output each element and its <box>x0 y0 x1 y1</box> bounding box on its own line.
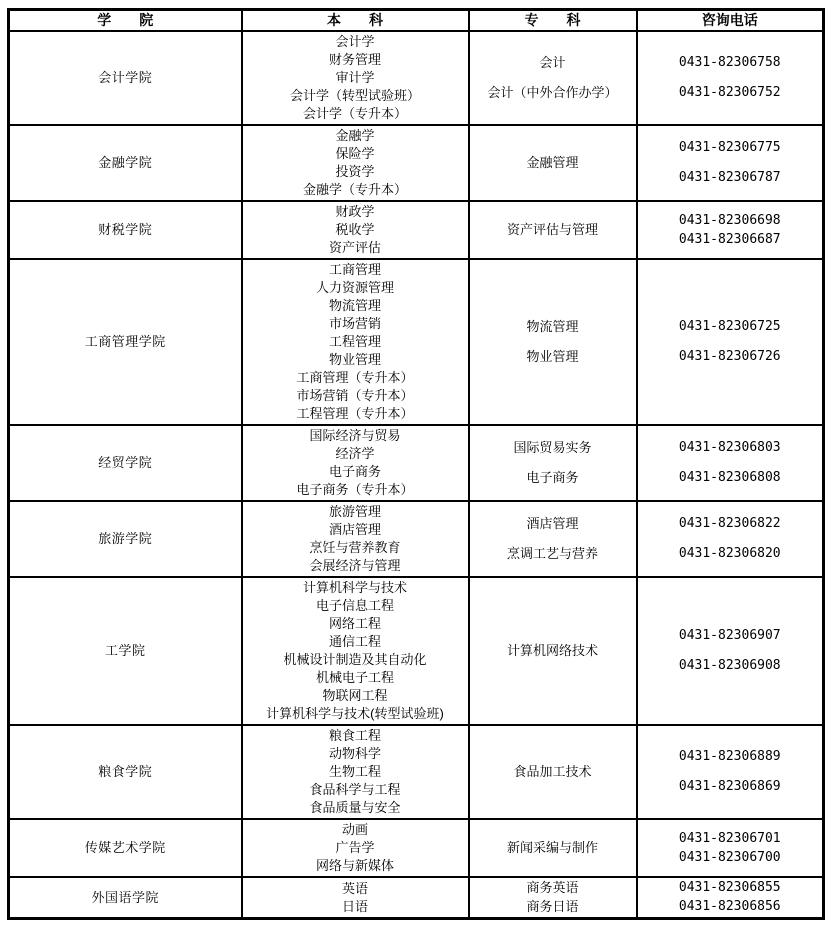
specialty-major: 计算机网络技术 <box>507 642 598 660</box>
phone-number: 0431-82306698 <box>679 212 781 230</box>
undergraduate-major: 机械电子工程 <box>245 669 466 687</box>
table-row: 经贸学院国际经济与贸易经济学电子商务电子商务（专升本）国际贸易实务电子商务043… <box>9 425 824 501</box>
undergraduate-major: 食品质量与安全 <box>245 799 466 817</box>
phone-number: 0431-82306908 <box>679 657 781 675</box>
college-name: 金融学院 <box>12 154 239 172</box>
specialty-major: 物业管理 <box>526 348 578 366</box>
undergraduate-major: 电子商务（专升本） <box>245 481 466 499</box>
undergraduate-cell: 国际经济与贸易经济学电子商务电子商务（专升本） <box>242 425 469 501</box>
undergraduate-major: 烹饪与营养教育 <box>245 539 466 557</box>
undergraduate-major: 通信工程 <box>245 633 466 651</box>
phone-number: 0431-82306758 <box>679 54 781 72</box>
college-cell: 经贸学院 <box>9 425 242 501</box>
phone-number: 0431-82306752 <box>679 84 781 102</box>
undergraduate-major: 市场营销（专升本） <box>245 387 466 405</box>
college-name: 会计学院 <box>12 69 239 87</box>
undergraduate-major: 会计学（转型试验班） <box>245 87 466 105</box>
specialty-cell: 金融管理 <box>469 125 637 201</box>
table-row: 工学院计算机科学与技术电子信息工程网络工程通信工程机械设计制造及其自动化机械电子… <box>9 577 824 725</box>
undergraduate-major: 财政学 <box>245 203 466 221</box>
phone-number: 0431-82306855 <box>679 879 781 897</box>
specialty-major: 烹调工艺与营养 <box>507 545 598 563</box>
undergraduate-major: 电子信息工程 <box>245 597 466 615</box>
specialty-major: 酒店管理 <box>526 515 578 533</box>
college-name: 外国语学院 <box>12 889 239 907</box>
phone-number: 0431-82306822 <box>679 515 781 533</box>
specialty-major: 会计 <box>539 54 565 72</box>
undergraduate-major: 保险学 <box>245 145 466 163</box>
specialty-cell: 会计会计（中外合作办学） <box>469 31 637 125</box>
table-header: 学 院 本 科 专 科 咨询电话 <box>9 10 824 32</box>
undergraduate-major: 物业管理 <box>245 351 466 369</box>
undergraduate-major: 会计学 <box>245 33 466 51</box>
college-cell: 工学院 <box>9 577 242 725</box>
page: 学 院 本 科 专 科 咨询电话 会计学院会计学财务管理审计学会计学（转型试验班… <box>0 0 829 934</box>
phone-number: 0431-82306700 <box>679 849 781 867</box>
table-body: 会计学院会计学财务管理审计学会计学（转型试验班）会计学（专升本）会计会计（中外合… <box>9 31 824 919</box>
phone-number: 0431-82306889 <box>679 748 781 766</box>
phone-number: 0431-82306856 <box>679 898 781 916</box>
phone-cell: 0431-823067750431-82306787 <box>637 125 824 201</box>
column-header-phone: 咨询电话 <box>637 10 824 32</box>
undergraduate-major: 网络与新媒体 <box>245 857 466 875</box>
colleges-table: 学 院 本 科 专 科 咨询电话 会计学院会计学财务管理审计学会计学（转型试验班… <box>7 8 825 920</box>
undergraduate-major: 经济学 <box>245 445 466 463</box>
specialty-major: 资产评估与管理 <box>507 221 598 239</box>
college-name: 经贸学院 <box>12 454 239 472</box>
college-cell: 外国语学院 <box>9 877 242 919</box>
header-row: 学 院 本 科 专 科 咨询电话 <box>9 10 824 32</box>
college-cell: 旅游学院 <box>9 501 242 577</box>
undergraduate-major: 计算机科学与技术 <box>245 579 466 597</box>
undergraduate-cell: 旅游管理酒店管理烹饪与营养教育会展经济与管理 <box>242 501 469 577</box>
college-name: 工学院 <box>12 642 239 660</box>
undergraduate-major: 财务管理 <box>245 51 466 69</box>
undergraduate-cell: 工商管理人力资源管理物流管理市场营销工程管理物业管理工商管理（专升本）市场营销（… <box>242 259 469 425</box>
undergraduate-major: 税收学 <box>245 221 466 239</box>
specialty-cell: 物流管理物业管理 <box>469 259 637 425</box>
college-name: 粮食学院 <box>12 763 239 781</box>
table-row: 外国语学院英语日语商务英语商务日语0431-823068550431-82306… <box>9 877 824 919</box>
college-name: 财税学院 <box>12 221 239 239</box>
table-row: 旅游学院旅游管理酒店管理烹饪与营养教育会展经济与管理酒店管理烹调工艺与营养043… <box>9 501 824 577</box>
specialty-major: 国际贸易实务 <box>513 439 591 457</box>
specialty-major: 新闻采编与制作 <box>507 839 598 857</box>
specialty-cell: 资产评估与管理 <box>469 201 637 259</box>
specialty-major: 会计（中外合作办学） <box>487 84 617 102</box>
specialty-major: 商务英语 <box>526 879 578 897</box>
undergraduate-cell: 财政学税收学资产评估 <box>242 201 469 259</box>
undergraduate-major: 动物科学 <box>245 745 466 763</box>
undergraduate-major: 机械设计制造及其自动化 <box>245 651 466 669</box>
phone-cell: 0431-823067580431-82306752 <box>637 31 824 125</box>
phone-cell: 0431-823068030431-82306808 <box>637 425 824 501</box>
table-row: 财税学院财政学税收学资产评估资产评估与管理0431-823066980431-8… <box>9 201 824 259</box>
phone-number: 0431-82306787 <box>679 169 781 187</box>
undergraduate-major: 资产评估 <box>245 239 466 257</box>
undergraduate-major: 市场营销 <box>245 315 466 333</box>
college-cell: 金融学院 <box>9 125 242 201</box>
phone-cell: 0431-823067010431-82306700 <box>637 819 824 877</box>
undergraduate-major: 国际经济与贸易 <box>245 427 466 445</box>
undergraduate-cell: 动画广告学网络与新媒体 <box>242 819 469 877</box>
phone-number: 0431-82306726 <box>679 348 781 366</box>
column-header-specialty: 专 科 <box>469 10 637 32</box>
undergraduate-major: 工程管理（专升本） <box>245 405 466 423</box>
undergraduate-cell: 计算机科学与技术电子信息工程网络工程通信工程机械设计制造及其自动化机械电子工程物… <box>242 577 469 725</box>
undergraduate-major: 会计学（专升本） <box>245 105 466 123</box>
specialty-cell: 酒店管理烹调工艺与营养 <box>469 501 637 577</box>
undergraduate-major: 电子商务 <box>245 463 466 481</box>
phone-number: 0431-82306775 <box>679 139 781 157</box>
specialty-cell: 计算机网络技术 <box>469 577 637 725</box>
undergraduate-cell: 英语日语 <box>242 877 469 919</box>
undergraduate-major: 金融学（专升本） <box>245 181 466 199</box>
college-name: 旅游学院 <box>12 530 239 548</box>
column-header-college: 学 院 <box>9 10 242 32</box>
college-cell: 财税学院 <box>9 201 242 259</box>
phone-cell: 0431-823069070431-82306908 <box>637 577 824 725</box>
undergraduate-major: 广告学 <box>245 839 466 857</box>
table-row: 会计学院会计学财务管理审计学会计学（转型试验班）会计学（专升本）会计会计（中外合… <box>9 31 824 125</box>
specialty-cell: 国际贸易实务电子商务 <box>469 425 637 501</box>
phone-number: 0431-82306808 <box>679 469 781 487</box>
undergraduate-cell: 粮食工程动物科学生物工程食品科学与工程食品质量与安全 <box>242 725 469 819</box>
undergraduate-major: 粮食工程 <box>245 727 466 745</box>
undergraduate-major: 工商管理 <box>245 261 466 279</box>
phone-number: 0431-82306725 <box>679 318 781 336</box>
college-name: 传媒艺术学院 <box>12 839 239 857</box>
undergraduate-major: 投资学 <box>245 163 466 181</box>
phone-number: 0431-82306701 <box>679 830 781 848</box>
phone-number: 0431-82306907 <box>679 627 781 645</box>
undergraduate-major: 会展经济与管理 <box>245 557 466 575</box>
phone-number: 0431-82306869 <box>679 778 781 796</box>
undergraduate-major: 网络工程 <box>245 615 466 633</box>
college-name: 工商管理学院 <box>12 333 239 351</box>
undergraduate-cell: 会计学财务管理审计学会计学（转型试验班）会计学（专升本） <box>242 31 469 125</box>
specialty-cell: 食品加工技术 <box>469 725 637 819</box>
phone-cell: 0431-823068220431-82306820 <box>637 501 824 577</box>
undergraduate-major: 工商管理（专升本） <box>245 369 466 387</box>
undergraduate-major: 旅游管理 <box>245 503 466 521</box>
phone-number: 0431-82306820 <box>679 545 781 563</box>
specialty-major: 物流管理 <box>526 318 578 336</box>
column-header-undergraduate: 本 科 <box>242 10 469 32</box>
undergraduate-cell: 金融学保险学投资学金融学（专升本） <box>242 125 469 201</box>
phone-cell: 0431-823068890431-82306869 <box>637 725 824 819</box>
phone-cell: 0431-823066980431-82306687 <box>637 201 824 259</box>
undergraduate-major: 食品科学与工程 <box>245 781 466 799</box>
undergraduate-major: 工程管理 <box>245 333 466 351</box>
phone-cell: 0431-823068550431-82306856 <box>637 877 824 919</box>
college-cell: 粮食学院 <box>9 725 242 819</box>
undergraduate-major: 动画 <box>245 821 466 839</box>
undergraduate-major: 日语 <box>245 898 466 916</box>
undergraduate-major: 英语 <box>245 880 466 898</box>
table-row: 传媒艺术学院动画广告学网络与新媒体新闻采编与制作0431-82306701043… <box>9 819 824 877</box>
college-cell: 传媒艺术学院 <box>9 819 242 877</box>
table-row: 金融学院金融学保险学投资学金融学（专升本）金融管理0431-8230677504… <box>9 125 824 201</box>
specialty-major: 电子商务 <box>526 469 578 487</box>
specialty-major: 商务日语 <box>526 898 578 916</box>
college-cell: 工商管理学院 <box>9 259 242 425</box>
undergraduate-major: 生物工程 <box>245 763 466 781</box>
undergraduate-major: 物流管理 <box>245 297 466 315</box>
undergraduate-major: 计算机科学与技术(转型试验班) <box>245 705 466 723</box>
table-row: 粮食学院粮食工程动物科学生物工程食品科学与工程食品质量与安全食品加工技术0431… <box>9 725 824 819</box>
undergraduate-major: 审计学 <box>245 69 466 87</box>
phone-cell: 0431-823067250431-82306726 <box>637 259 824 425</box>
specialty-major: 金融管理 <box>526 154 578 172</box>
table-row: 工商管理学院工商管理人力资源管理物流管理市场营销工程管理物业管理工商管理（专升本… <box>9 259 824 425</box>
undergraduate-major: 人力资源管理 <box>245 279 466 297</box>
college-cell: 会计学院 <box>9 31 242 125</box>
phone-number: 0431-82306687 <box>679 231 781 249</box>
specialty-major: 食品加工技术 <box>513 763 591 781</box>
undergraduate-major: 物联网工程 <box>245 687 466 705</box>
undergraduate-major: 酒店管理 <box>245 521 466 539</box>
specialty-cell: 新闻采编与制作 <box>469 819 637 877</box>
undergraduate-major: 金融学 <box>245 127 466 145</box>
specialty-cell: 商务英语商务日语 <box>469 877 637 919</box>
phone-number: 0431-82306803 <box>679 439 781 457</box>
